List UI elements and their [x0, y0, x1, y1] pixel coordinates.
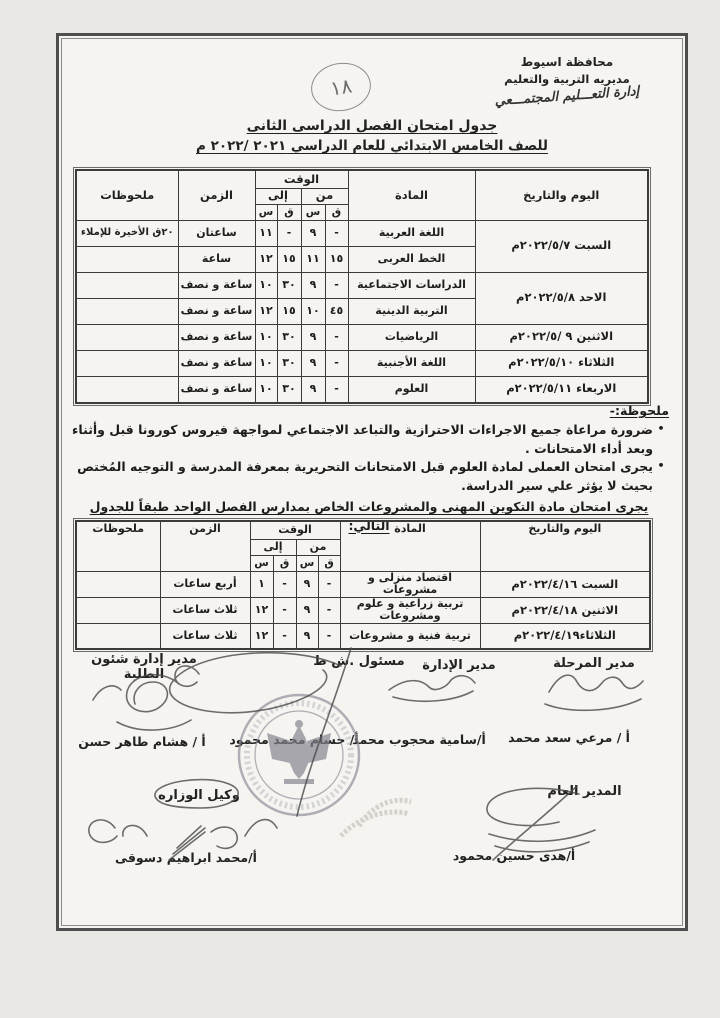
notes-section: ملحوظة:- • ضرورة مراعاة جميع الاجراءات ا… — [69, 402, 669, 535]
col-time-from: من — [301, 188, 348, 204]
title-line-1: جدول امتحان الفصل الدراسى الثانى — [59, 118, 685, 134]
from-minutes-cell: - — [325, 350, 348, 376]
to-hours-cell: ١١ — [255, 220, 277, 246]
official-stamp — [235, 691, 363, 819]
signature-scribble-undersecretary — [211, 827, 237, 848]
from-minutes-cell: - — [318, 571, 340, 597]
note-item: • ضرورة مراعاة جميع الاجراءات الاحترازية… — [69, 421, 669, 459]
note-cell — [76, 571, 160, 597]
note-cell — [76, 376, 178, 403]
vocational-schedule-table: اليوم والتاريخ المادة الوقت الزمن ملحوظا… — [75, 520, 651, 650]
page-frame: محافظة اسيوط مديريه التربية والتعليم إدا… — [56, 33, 688, 931]
day-date-cell: الثلاثاء ٢٠٢٢/٥/١٠م — [475, 350, 648, 376]
to-minutes-cell: ٣٠ — [277, 376, 301, 403]
from-hours-cell: ٩ — [301, 220, 325, 246]
subject-cell: اللغة العربية — [348, 220, 475, 246]
signature-name-general-director: أ/هدى حسين محمود — [434, 848, 594, 863]
col-to-minutes: ق — [277, 204, 301, 220]
day-date-cell: الاثنين ٢٠٢٢/٤/١٨م — [480, 597, 650, 623]
signature-scribble-undersecretary — [89, 820, 117, 843]
subject-cell: الدراسات الاجتماعية — [348, 272, 475, 298]
letterhead-governorate: محافظة اسيوط — [487, 54, 647, 71]
to-hours-cell: ١٢ — [250, 624, 273, 650]
from-minutes-cell: - — [318, 624, 340, 650]
from-hours-cell: ٩ — [296, 571, 318, 597]
signature-scribble-undersecretary — [245, 820, 277, 836]
duration-cell: ساعتان — [178, 220, 255, 246]
to-minutes-cell: ٣٠ — [277, 350, 301, 376]
note-text: ضرورة مراعاة جميع الاجراءات الاحترازية و… — [69, 421, 653, 459]
from-hours-cell: ١٠ — [301, 298, 325, 324]
to-hours-cell: ١ — [250, 571, 273, 597]
from-minutes-cell: - — [318, 597, 340, 623]
subject-cell: الخط العربى — [348, 246, 475, 272]
to-minutes-cell: - — [273, 571, 296, 597]
signature-scribble-stage-director — [549, 675, 643, 692]
from-hours-cell: ٩ — [296, 624, 318, 650]
from-minutes-cell: ١٥ — [325, 246, 348, 272]
col-day-date: اليوم والتاريخ — [480, 521, 650, 571]
to-hours-cell: ١٢ — [250, 597, 273, 623]
to-minutes-cell: - — [273, 624, 296, 650]
signature-scribble-admin-director — [393, 691, 473, 701]
subject-cell: اللغة الأجنبية — [348, 350, 475, 376]
col-to-hours: س — [250, 555, 273, 571]
exam-row: الاربعاء ٢٠٢٢/٥/١١م العلوم - ٩ ٣٠ ١٠ ساع… — [76, 376, 648, 403]
subject-cell: تربية زراعية و علوم ومشروعات — [340, 597, 480, 623]
col-subject: المادة — [340, 521, 480, 571]
exam-schedule-table: اليوم والتاريخ المادة الوقت الزمن ملحوظا… — [75, 169, 649, 404]
signature-scribble-student-affairs — [117, 720, 191, 730]
header-row: اليوم والتاريخ المادة الوقت الزمن ملحوظا… — [76, 170, 648, 188]
notes-heading: ملحوظة:- — [69, 402, 669, 421]
day-date-cell: الاثنين ٩ /٢٠٢٢/٥م — [475, 324, 648, 350]
day-date-cell: السبت ٢٠٢٢/٤/١٦م — [480, 571, 650, 597]
duration-cell: ساعة و نصف — [178, 324, 255, 350]
to-minutes-cell: - — [273, 597, 296, 623]
signature-title-student-affairs-officer: مسئول .ش ط — [299, 654, 419, 669]
signature-scribble-admin-director — [389, 676, 475, 690]
col-from-hours: س — [296, 555, 318, 571]
col-subject: المادة — [348, 170, 475, 220]
signature-scribble-general-director — [489, 830, 595, 841]
from-minutes-cell: - — [325, 220, 348, 246]
from-hours-cell: ٩ — [301, 350, 325, 376]
eagle-emblem-icon — [267, 720, 331, 784]
duration-cell: ثلاث ساعات — [160, 624, 250, 650]
exam-row: الاحد ٢٠٢٢/٥/٨م الدراسات الاجتماعية - ٩ … — [76, 272, 648, 298]
day-date-cell: الاحد ٢٠٢٢/٥/٨م — [475, 272, 648, 324]
note-text: يجرى امتحان العملى لمادة العلوم قبل الام… — [69, 458, 653, 496]
note-cell — [76, 272, 178, 298]
col-from-minutes: ق — [325, 204, 348, 220]
from-minutes-cell: - — [325, 324, 348, 350]
from-hours-cell: ٩ — [296, 597, 318, 623]
header-row: اليوم والتاريخ المادة الوقت الزمن ملحوظا… — [76, 521, 650, 539]
from-minutes-cell: - — [325, 376, 348, 403]
col-day-date: اليوم والتاريخ — [475, 170, 648, 220]
voc-row: السبت ٢٠٢٢/٤/١٦م اقتصاد منزلى و مشروعات … — [76, 571, 650, 597]
note-cell — [76, 597, 160, 623]
signature-title-admin-director: مدير الإدارة — [404, 658, 514, 673]
duration-cell: ساعة و نصف — [178, 376, 255, 403]
letterhead: محافظة اسيوط مديريه التربية والتعليم إدا… — [487, 54, 647, 106]
to-hours-cell: ١٠ — [255, 272, 277, 298]
note-cell: ٢٠ق الأخيرة للإملاء — [76, 220, 178, 246]
subject-cell: تربية فنية و مشروعات — [340, 624, 480, 650]
signature-name-undersecretary: أ/محمد ابراهيم دسوقى — [101, 850, 271, 865]
from-hours-cell: ٩ — [301, 324, 325, 350]
note-cell — [76, 246, 178, 272]
signature-title-student-affairs-director: مدير إدارة شئون الطلبة — [69, 652, 219, 682]
from-hours-cell: ١١ — [301, 246, 325, 272]
note-cell — [76, 324, 178, 350]
from-hours-cell: ٩ — [301, 272, 325, 298]
col-notes: ملحوظات — [76, 521, 160, 571]
subject-cell: العلوم — [348, 376, 475, 403]
voc-row: الاثنين ٢٠٢٢/٤/١٨م تربية زراعية و علوم و… — [76, 597, 650, 623]
duration-cell: ساعة و نصف — [178, 298, 255, 324]
subject-cell: التربية الدينية — [348, 298, 475, 324]
subject-cell: اقتصاد منزلى و مشروعات — [340, 571, 480, 597]
duration-cell: ساعة و نصف — [178, 350, 255, 376]
title-line-2: للصف الخامس الابتدائي للعام الدراسي ٢٠٢١… — [59, 138, 685, 154]
from-minutes-cell: - — [325, 272, 348, 298]
to-minutes-cell: ١٥ — [277, 298, 301, 324]
subject-cell: الرياضيات — [348, 324, 475, 350]
col-from-hours: س — [301, 204, 325, 220]
duration-cell: ثلاث ساعات — [160, 597, 250, 623]
to-minutes-cell: - — [277, 220, 301, 246]
col-notes: ملحوظات — [76, 170, 178, 220]
col-from-minutes: ق — [318, 555, 340, 571]
scanned-document: { "page_badge": "١٨", "letterhead": { "l… — [0, 0, 720, 1018]
day-date-cell: الثلاثاء٢٠٢٢/٤/١٩م — [480, 624, 650, 650]
note-cell — [76, 298, 178, 324]
col-to-hours: س — [255, 204, 277, 220]
to-hours-cell: ١٢ — [255, 298, 277, 324]
col-to-minutes: ق — [273, 555, 296, 571]
day-date-cell: السبت ٢٠٢٢/٥/٧م — [475, 220, 648, 272]
note-item: • يجرى امتحان العملى لمادة العلوم قبل ال… — [69, 458, 669, 496]
from-minutes-cell: ٤٥ — [325, 298, 348, 324]
to-minutes-cell: ٣٠ — [277, 272, 301, 298]
note-cell — [76, 350, 178, 376]
from-hours-cell: ٩ — [301, 376, 325, 403]
col-duration: الزمن — [178, 170, 255, 220]
col-time-to: إلى — [255, 188, 301, 204]
signature-scribble-undersecretary — [123, 825, 147, 836]
to-minutes-cell: ١٥ — [277, 246, 301, 272]
duration-cell: ساعة و نصف — [178, 272, 255, 298]
day-date-cell: الاربعاء ٢٠٢٢/٥/١١م — [475, 376, 648, 403]
signature-scribble-student-affairs — [93, 686, 121, 700]
bullet-icon: • — [653, 458, 669, 496]
document-title: جدول امتحان الفصل الدراسى الثانى للصف ال… — [59, 118, 685, 154]
signature-scribble-stage-director — [545, 699, 641, 710]
exam-row: الثلاثاء ٢٠٢٢/٥/١٠م اللغة الأجنبية - ٩ ٣… — [76, 350, 648, 376]
signature-title-stage-director: مدير المرحلة — [529, 656, 659, 671]
duration-cell: ساعة — [178, 246, 255, 272]
col-time: الوقت — [250, 521, 340, 539]
page-number-badge: ١٨ — [308, 59, 375, 116]
to-hours-cell: ١٢ — [255, 246, 277, 272]
to-minutes-cell: ٣٠ — [277, 324, 301, 350]
col-duration: الزمن — [160, 521, 250, 571]
signature-name-student-affairs-director: أ / هشام طاهر حسن — [67, 734, 217, 749]
exam-row: السبت ٢٠٢٢/٥/٧م اللغة العربية - ٩ - ١١ س… — [76, 220, 648, 246]
duration-cell: أربع ساعات — [160, 571, 250, 597]
col-time-to: إلى — [250, 539, 296, 555]
signature-name-stage-director: أ / مرعي سعد محمد — [494, 730, 644, 745]
signature-title-general-director: المدير العام — [527, 784, 642, 799]
voc-row: الثلاثاء٢٠٢٢/٤/١٩م تربية فنية و مشروعات … — [76, 624, 650, 650]
bullet-icon: • — [653, 421, 669, 459]
note-cell — [76, 624, 160, 650]
col-time-from: من — [296, 539, 340, 555]
to-hours-cell: ١٠ — [255, 350, 277, 376]
to-hours-cell: ١٠ — [255, 376, 277, 403]
to-hours-cell: ١٠ — [255, 324, 277, 350]
col-time: الوقت — [255, 170, 348, 188]
exam-row: الاثنين ٩ /٢٠٢٢/٥م الرياضيات - ٩ ٣٠ ١٠ س… — [76, 324, 648, 350]
